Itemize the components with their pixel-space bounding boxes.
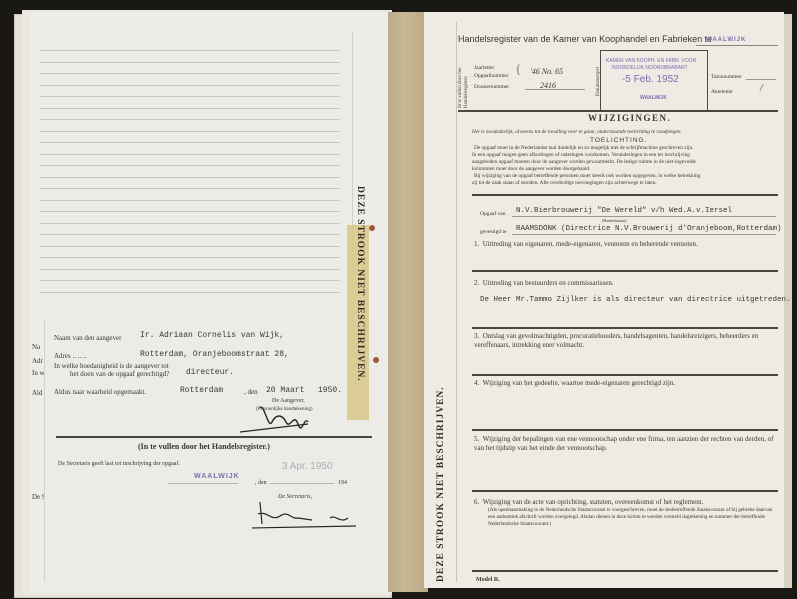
stamp-date: -5 Feb. 1952 (622, 75, 679, 84)
divider (56, 436, 372, 438)
section-title: Wijziging van de acte van oprichting, st… (483, 498, 704, 506)
talon-line (746, 79, 776, 80)
stamp-line-2: NOORDELIJK NOORDBRABANT (612, 64, 688, 73)
opgaaf-line (512, 216, 776, 217)
plaats-value: Rotterdam (180, 386, 223, 395)
jaar-value: 1950. (318, 386, 342, 395)
binder-spine (388, 12, 428, 592)
place-line (168, 483, 238, 484)
wijzigingen-title: WIJZIGINGEN. (588, 114, 671, 123)
secretaris-text: De Secretaris geeft last tot inschrijvin… (58, 460, 180, 469)
header-title: Handelsregister van de Kamer van Koophan… (458, 34, 712, 45)
side-note: In te vullen door het Handelsregister. (458, 54, 470, 108)
margin-fragment: Ald (32, 389, 43, 398)
brace-icon: { (515, 64, 521, 73)
margin-line (456, 22, 457, 582)
model-label: Model R. (476, 576, 500, 585)
pin-icon (373, 357, 379, 363)
header-divider (458, 110, 778, 112)
section-number: 5. (474, 435, 479, 443)
section-title: Wijziging der bepalingen van ene vennoot… (474, 435, 773, 452)
section-2-entry: De Heer Mr.Tammo Zijlker is als directeu… (480, 296, 791, 305)
gevestigd-value: RAAMSDONK (Directrice N.V.Brouwerij d'Or… (516, 225, 782, 234)
toelichting-line: zij tot de zaak staan of stonden. Alle o… (472, 180, 657, 187)
opgaafnummer-label: Opgaafnummer (474, 72, 509, 81)
akteletter-value: / (760, 84, 763, 93)
opgemaakt-label: Aldus naar waarheid opgemaakt. (54, 388, 146, 397)
place-stamp: WAALWIJK (194, 472, 240, 481)
opgaaf-value: '46 No. 65 (530, 67, 563, 76)
strip-text-left: DEZE STROOK NIET BESCHRIJVEN. (355, 186, 364, 382)
section-1: 1. Uittreding van eigenaren, mede-eigena… (474, 240, 698, 249)
divider (472, 429, 778, 431)
opgaaf-van-label: Opgaaf van (480, 210, 506, 219)
divider (472, 570, 778, 572)
adres-value: Rotterdam, Oranjeboomstraat 28, (140, 350, 289, 359)
ruled-lines (40, 50, 340, 303)
secretaris-signature (252, 500, 362, 530)
section-5: 5. Wijziging der bepalingen van ene venn… (474, 435, 774, 453)
section-number: 3. (474, 332, 479, 340)
hoedanigheid-label-2: het doen van de opgaaf gerechtigd? (70, 370, 169, 379)
gevestigd-line (512, 234, 776, 235)
aangever-signature (238, 400, 318, 435)
section-number: 2. (474, 279, 479, 287)
gevestigd-label: gevestigd te (480, 228, 506, 237)
section-title: Uittreding van bestuurders en commissari… (483, 279, 614, 287)
section-4: 4. Wijziging van het gedeelte, waartoe m… (474, 379, 675, 388)
dossier-line (525, 89, 585, 90)
hoedanigheid-value: directeur. (186, 368, 234, 377)
register-den-label: , den (255, 479, 267, 488)
divider (472, 490, 778, 492)
adres-label: Adres .. .. .. (54, 352, 86, 361)
section-2: 2. Uittreding van bestuurders en commiss… (474, 279, 614, 288)
pin-icon (369, 225, 375, 231)
divider (472, 270, 778, 272)
naam-value: Ir. Adriaan Cornelis van Wijk, (140, 331, 284, 340)
section-title: Uittreding van eigenaren, mede-eigenaren… (483, 240, 698, 248)
akteletter-label: Akteletter (711, 88, 733, 97)
margin-fragment: Na (32, 343, 40, 352)
datum-value: 20 Maart (266, 386, 304, 395)
year-prefix: 194 (338, 479, 347, 488)
intro-text: Het is noodzakelijk, alvorens tot de inv… (472, 128, 682, 137)
toelichting-title: TOELICHTING. (590, 136, 647, 145)
section-6-note: (Als openbaarmaking in de Nederlandsche … (488, 507, 778, 528)
date-line (270, 483, 334, 484)
section-title: Wijziging van het gedeelte, waartoe mede… (483, 379, 675, 387)
section-6: 6. Wijziging van de acte van oprichting,… (474, 498, 703, 507)
section-number: 6. (474, 498, 479, 506)
section-number: 4. (474, 379, 479, 387)
opgaaf-van-value: N.V.Bierbrouwerij "De Wereld" v/h Wed.A.… (516, 207, 732, 216)
register-heading: (In te vullen door het Handelsregister.) (138, 442, 270, 451)
handelsnaam-label: (Handelsnaam) (602, 216, 626, 225)
declaration-form (44, 320, 379, 582)
margin-fragment: In w (32, 369, 45, 378)
header-place-line (696, 45, 778, 46)
dossiernummer-label: Dossiernummer (474, 83, 509, 92)
divider (472, 194, 778, 196)
date-stamp: 3 Apr. 1950 (282, 462, 333, 471)
section-3: 3. Ontslag van gevolmachtigden, procurat… (474, 332, 774, 350)
naam-label: Naam van den aangever (54, 334, 121, 343)
divider (472, 327, 778, 329)
section-number: 1. (474, 240, 479, 248)
section-title: Ontslag van gevolmachtigden, procuratieh… (474, 332, 758, 349)
header-place-stamp: WAALWIJK (706, 36, 746, 45)
divider (472, 374, 778, 376)
den-label: , den (244, 388, 258, 397)
margin-fragment: Adr (32, 357, 43, 366)
stamp-place: WAALWIJK (640, 94, 667, 103)
strip-text-right: DEZE STROOK NIET BESCHRIJVEN. (437, 386, 446, 582)
talonnummer-label: Talonnummer (711, 73, 742, 82)
